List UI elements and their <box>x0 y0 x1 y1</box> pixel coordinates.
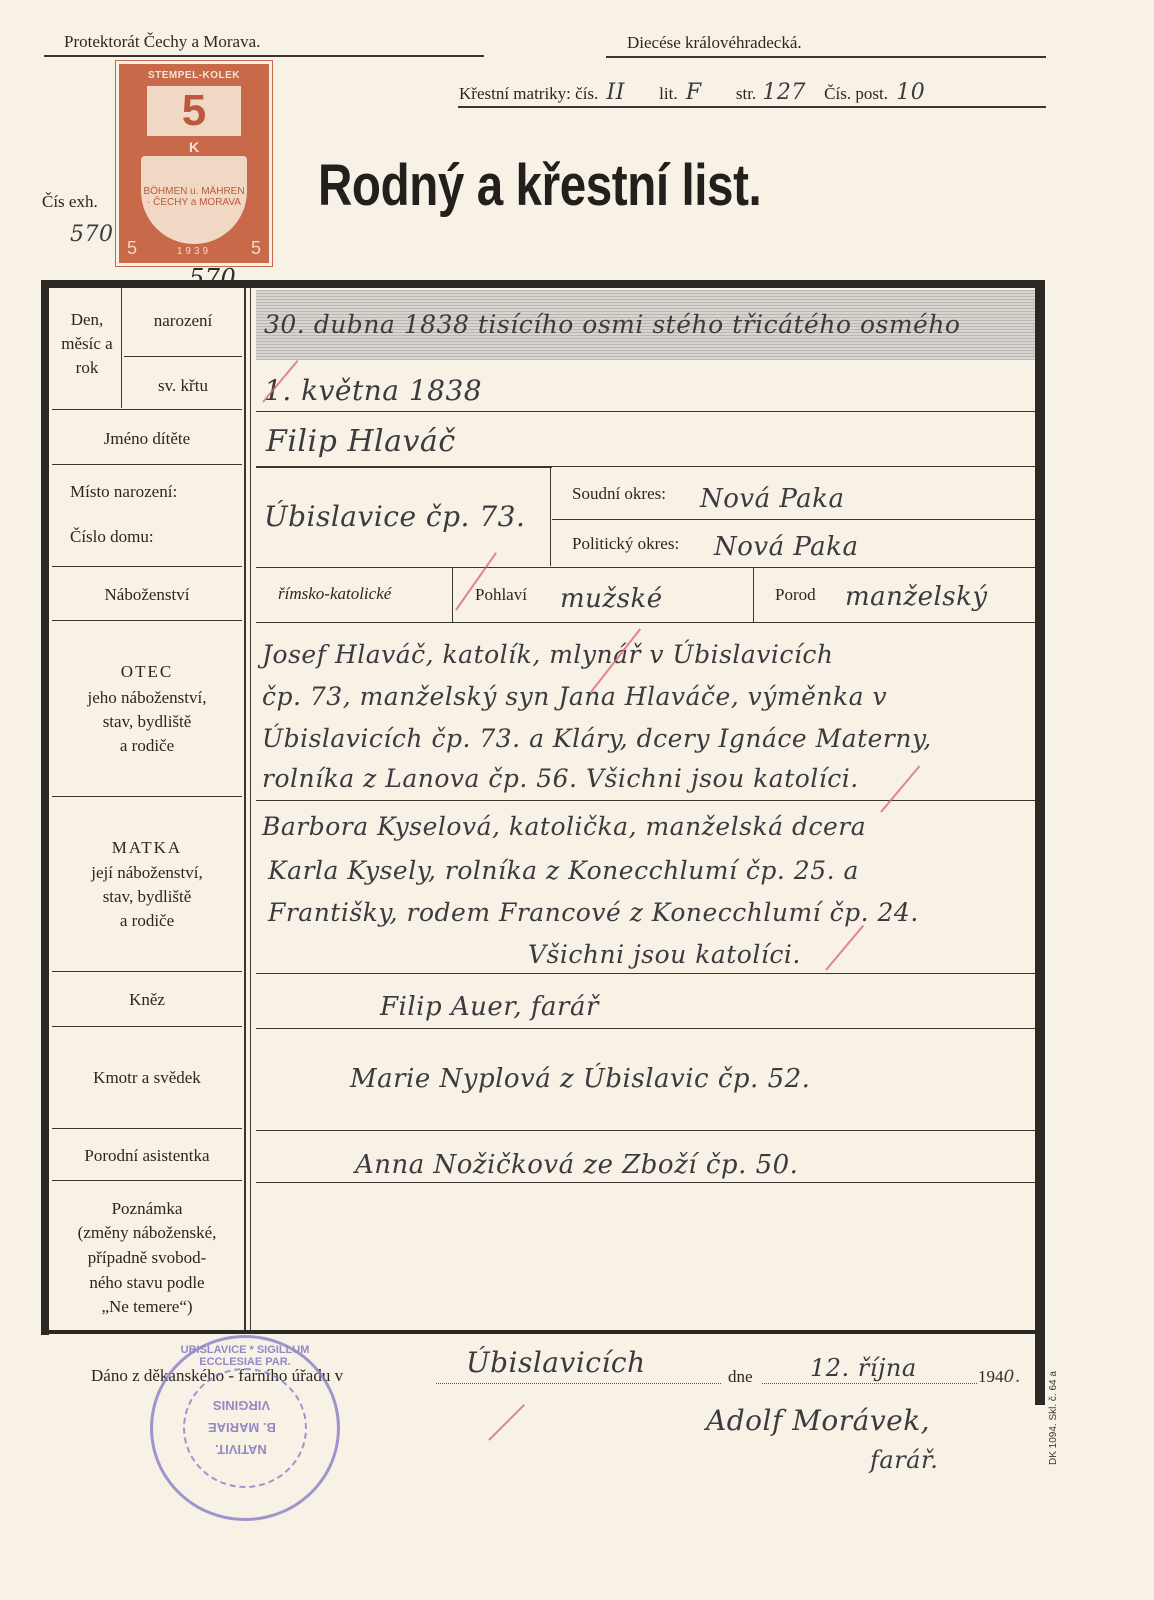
birth-date-value: 30. dubna 1838 tisícího osmi stého třicá… <box>264 310 960 339</box>
house-number-label: Číslo domu: <box>70 527 154 547</box>
midwife-value: Anna Nožičková ze Zboží čp. 50. <box>355 1150 798 1180</box>
godparent-value: Marie Nyplová z Úbislavic čp. 52. <box>350 1064 810 1094</box>
baptism-date-value: 1. května 1838 <box>264 374 482 407</box>
table-border-right <box>1035 280 1045 1405</box>
date-subdivider <box>121 288 122 408</box>
diocese-heading: Diecése královéhradecká. <box>627 33 802 53</box>
date-dotted-line <box>762 1383 977 1384</box>
child-name-label: Jméno dítěte <box>52 427 242 451</box>
document-title: Rodný a křestní list. <box>318 152 761 219</box>
header-rule-right <box>606 56 1046 58</box>
table-border-bottom <box>49 1330 1035 1334</box>
row-rule <box>256 800 1035 801</box>
child-name-value: Filip Hlaváč <box>266 424 456 459</box>
column-divider-inner <box>250 288 251 1330</box>
seal-line-mariae: B. MARIAE <box>208 1420 276 1435</box>
mother-line-3: Františky, rodem Francové z Konecchlumí … <box>268 898 919 927</box>
row-rule <box>552 466 1035 467</box>
father-sub-2: stav, bydliště <box>52 710 242 734</box>
row-rule <box>52 566 242 567</box>
godparent-label: Kmotr a svědek <box>52 1066 242 1090</box>
row-rule <box>256 1130 1035 1131</box>
str-label: str. <box>736 84 756 103</box>
row-rule <box>256 1028 1035 1029</box>
court-district-value: Nová Paka <box>700 484 844 514</box>
birthplace-label: Místo narození: <box>70 482 177 502</box>
note-label-2: (změny náboženské, <box>52 1221 242 1245</box>
note-label-1: Poznámka <box>52 1197 242 1221</box>
mother-label: MATKA <box>52 836 242 860</box>
stamp-value: 5 <box>147 86 241 136</box>
lit-label: lit. <box>659 84 677 103</box>
note-label-4: ného stavu podle <box>52 1271 242 1295</box>
note-label-3: případně svobod- <box>52 1246 242 1270</box>
midwife-label: Porodní asistentka <box>52 1144 242 1168</box>
register-rule <box>458 106 1046 108</box>
note-value <box>262 1196 1022 1316</box>
row-rule <box>256 1182 1035 1183</box>
district-divider <box>550 466 551 566</box>
row-rule <box>124 356 242 357</box>
row-rule <box>52 1128 242 1129</box>
year-prefix: 194 <box>978 1367 1004 1386</box>
legitimacy-label: Porod <box>775 585 816 605</box>
father-line-3: Úbislavicích čp. 73. a Kláry, dcery Igná… <box>262 724 932 753</box>
exh-label: Čís exh. <box>42 192 98 212</box>
priest-value: Filip Auer, farář <box>380 992 599 1022</box>
red-check-mark <box>880 765 920 812</box>
signature-name: Adolf Morávek, <box>706 1404 930 1437</box>
stamp-top-text: STEMPEL-KOLEK <box>131 70 257 84</box>
sex-divider <box>452 568 453 622</box>
protectorate-heading: Protektorát Čechy a Morava. <box>64 32 260 52</box>
mother-line-2: Karla Kysely, rolníka z Konecchlumí čp. … <box>268 856 859 885</box>
row-rule <box>52 1026 242 1027</box>
date-group-label: Den, měsíc a rok <box>52 308 122 380</box>
father-sub-3: a rodiče <box>52 734 242 758</box>
father-line-4: rolníka z Lanova čp. 56. Všichni jsou ka… <box>262 764 859 793</box>
parish-seal-icon: UBISLAVICE * SIGILLUM ECCLESIAE PAR. VIR… <box>150 1335 340 1521</box>
mother-sub-2: stav, bydliště <box>52 885 242 909</box>
row-rule <box>256 622 1035 623</box>
header-rule-left <box>44 55 484 57</box>
row-rule <box>52 409 242 410</box>
year-suffix: 0. <box>1004 1367 1021 1387</box>
political-district-label: Politický okres: <box>572 534 679 554</box>
exh-value: 570. <box>70 222 121 247</box>
red-check-mark <box>825 925 864 971</box>
mother-line-4: Všichni jsou katolíci. <box>528 940 801 969</box>
row-rule <box>256 466 552 468</box>
seal-line-nativit: NATIVIT. <box>215 1442 267 1457</box>
page-value: 127 <box>762 80 806 105</box>
lion-shield-icon: BÖHMEN u. MÄHREN · ČECHY a MORAVA 570 <box>141 156 247 244</box>
row-rule <box>256 411 1035 412</box>
register-label: Křestní matriky: čís. <box>459 84 598 103</box>
row-rule <box>52 464 242 465</box>
stamp-corner-left: 5 <box>127 238 137 259</box>
seal-line-virginis: VIRGINIS <box>213 1398 270 1413</box>
father-label: OTEC <box>52 660 242 684</box>
father-line-2: čp. 73, manželský syn Jana Hlaváče, výmě… <box>262 682 887 711</box>
row-rule <box>52 620 242 621</box>
political-district-value: Nová Paka <box>714 532 858 562</box>
place-dotted-line <box>436 1383 721 1384</box>
stamp-year: 1939 <box>159 246 229 257</box>
religion-label: Náboženství <box>52 583 242 607</box>
table-border-left <box>41 280 49 1335</box>
priest-label: Kněz <box>52 988 242 1012</box>
register-reference: Křestní matriky: čís. II lit. F str. 127… <box>459 80 925 105</box>
sex-value: mužské <box>560 584 663 614</box>
date-label: dne <box>728 1367 753 1387</box>
row-rule <box>552 519 1035 520</box>
signature-title: farář. <box>870 1446 938 1474</box>
row-rule <box>52 1180 242 1181</box>
issue-date-value: 12. října <box>810 1354 917 1382</box>
stamp-corner-right: 5 <box>251 238 261 259</box>
baptism-label: sv. křtu <box>124 374 242 398</box>
row-rule <box>256 567 1035 568</box>
mother-sub-1: její náboženství, <box>52 861 242 885</box>
father-line-1: Josef Hlaváč, katolík, mlynář v Úbislavi… <box>262 640 834 669</box>
lit-value: F <box>686 80 702 105</box>
post-value: 10 <box>896 80 925 105</box>
table-border-top <box>41 280 1045 288</box>
note-label-5: „Ne temere“) <box>52 1295 242 1319</box>
court-district-label: Soudní okres: <box>572 484 666 504</box>
legitimacy-value: manželský <box>845 582 988 612</box>
red-check-mark <box>488 1404 525 1441</box>
stamp-shield-text: BÖHMEN u. MÄHREN · ČECHY a MORAVA <box>141 186 247 208</box>
sex-label: Pohlaví <box>475 585 527 605</box>
mother-sub-3: a rodiče <box>52 909 242 933</box>
revenue-stamp: STEMPEL-KOLEK 5 K BÖHMEN u. MÄHREN · ČEC… <box>119 64 269 263</box>
row-rule <box>52 971 242 972</box>
religion-value: římsko-katolické <box>278 584 391 604</box>
post-label: Čís. post. <box>824 84 888 103</box>
row-rule <box>52 796 242 797</box>
birthplace-value: Úbislavice čp. 73. <box>264 500 525 533</box>
stamp-currency: K <box>181 139 207 155</box>
register-number: II <box>607 80 625 105</box>
mother-line-1: Barbora Kyselová, katolička, manželská d… <box>262 812 866 841</box>
seal-outer-text: UBISLAVICE * SIGILLUM ECCLESIAE PAR. <box>173 1344 317 1368</box>
row-rule <box>256 973 1035 974</box>
print-code: DK 1094. Skl. č. 64 a <box>1048 1371 1059 1465</box>
legitimacy-divider <box>753 568 754 622</box>
issued-place-value: Úbislavicích <box>466 1346 646 1379</box>
issue-year: 1940. <box>978 1367 1021 1387</box>
father-sub-1: jeho náboženství, <box>52 686 242 710</box>
column-divider <box>244 288 246 1330</box>
birth-label: narození <box>124 309 242 333</box>
